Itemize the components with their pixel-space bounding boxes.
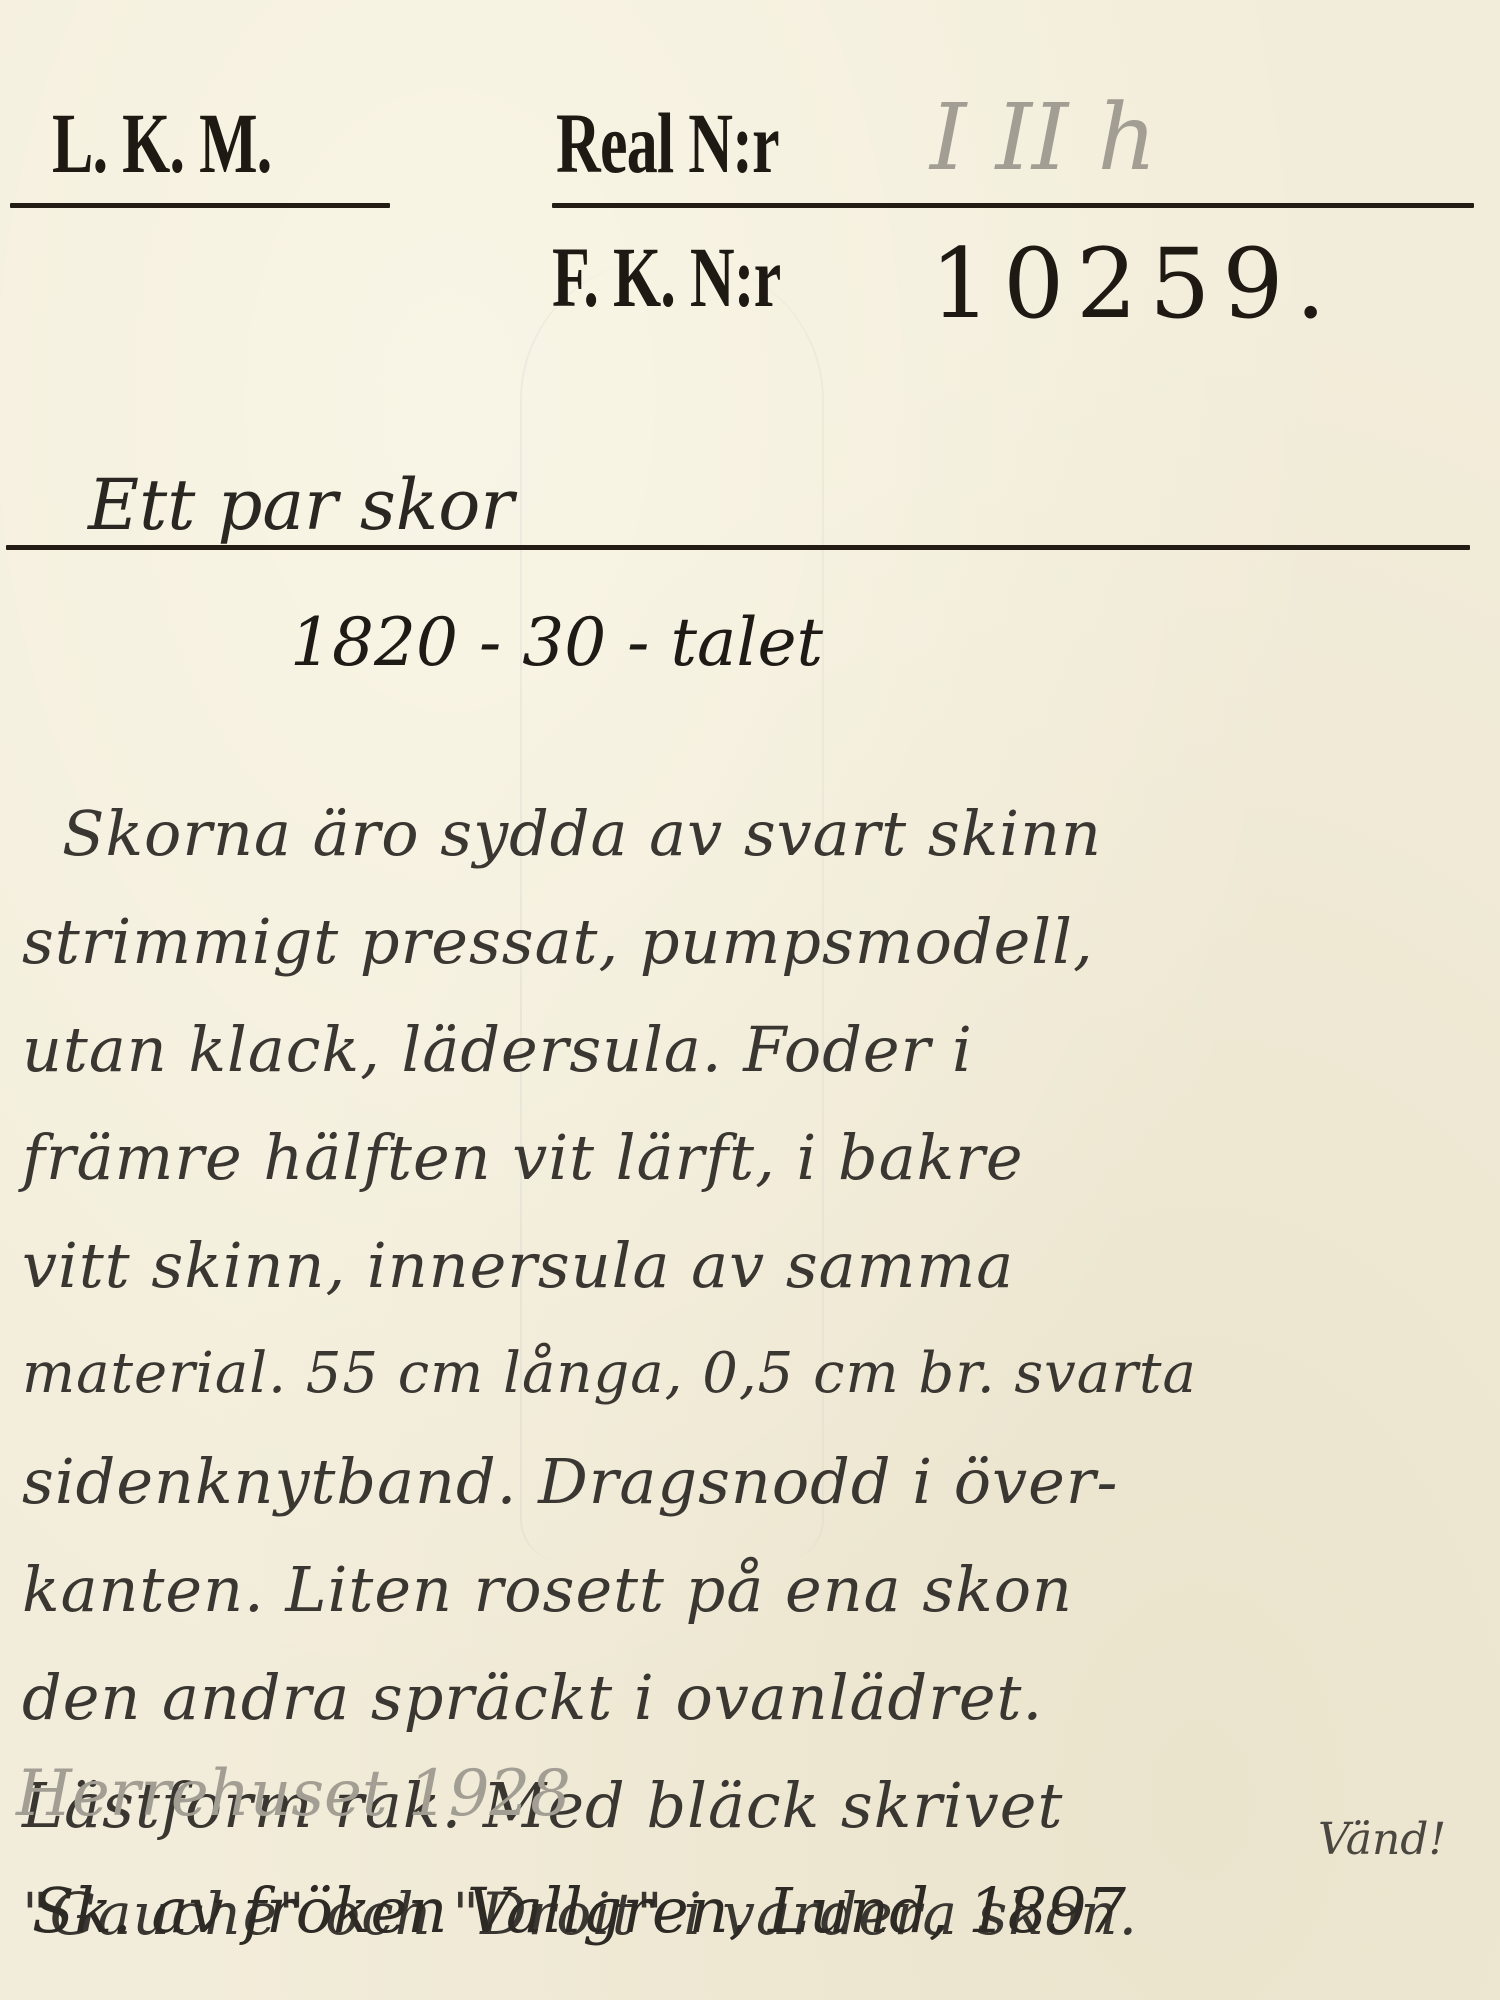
description-line: material. 55 cm långa, 0,5 cm br. svarta bbox=[22, 1320, 1482, 1428]
description-line: strimmigt pressat, pumpsmodell, bbox=[22, 888, 1482, 996]
description-line: den andra spräckt i ovanlädret. bbox=[22, 1644, 1482, 1752]
title-underline bbox=[6, 545, 1470, 550]
fk-nr-label: F. K. N:r bbox=[552, 234, 781, 320]
description-line: sidenknytband. Dragsnodd i över- bbox=[22, 1428, 1482, 1536]
description-line: kanten. Liten rosett på ena skon bbox=[22, 1536, 1482, 1644]
real-nr-underline bbox=[552, 203, 1474, 208]
description-line: främre hälften vit lärft, i bakre bbox=[22, 1104, 1482, 1212]
provenance: Sk. av fröken Vallgren, Lund, 1897 bbox=[32, 1880, 1126, 1942]
institution-label: L. K. M. bbox=[52, 100, 272, 186]
object-title: Ett par skor bbox=[88, 470, 514, 540]
catalog-card: L. K. M. Real N:r I II h F. K. N:r 10259… bbox=[0, 0, 1500, 2000]
real-nr-label: Real N:r bbox=[556, 100, 779, 186]
dating: 1820 - 30 - talet bbox=[290, 610, 823, 676]
pencil-note: Herrehuset 1928 bbox=[16, 1762, 571, 1826]
description-line: utan klack, lädersula. Foder i bbox=[22, 996, 1482, 1104]
institution-underline bbox=[10, 203, 390, 208]
description-line: vitt skinn, innersula av samma bbox=[22, 1212, 1482, 1320]
description-line: Skorna äro sydda av svart skinn bbox=[22, 780, 1482, 888]
real-nr-value: I II h bbox=[930, 92, 1157, 184]
fk-nr-value: 10259. bbox=[930, 236, 1338, 332]
turn-over-note: Vänd! bbox=[1318, 1818, 1446, 1862]
